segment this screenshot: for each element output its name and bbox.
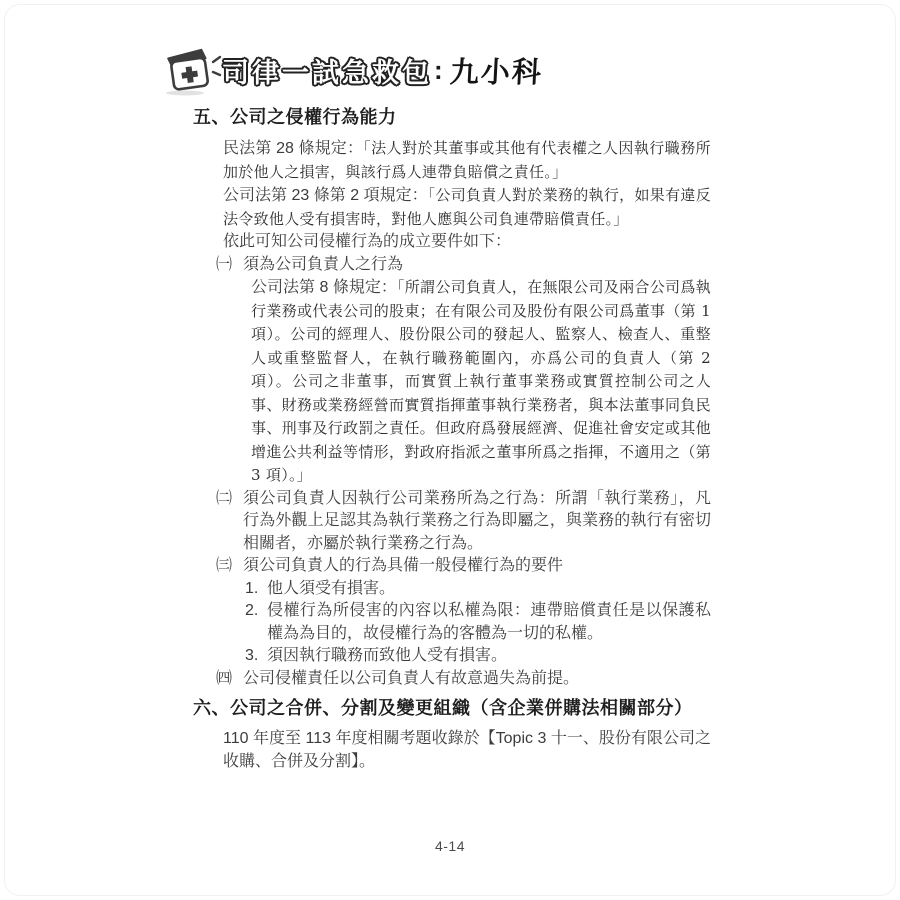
sparkle-lines-icon xyxy=(213,57,220,75)
section-five-body: 民法第 28 條規定：「法人對於其董事或其他有代表權之人因執行職務所加於他人之損… xyxy=(223,137,711,690)
section-six-body: 110 年度至 113 年度相關考題收錄於【Topic 3 十一、股份有限公司之… xyxy=(223,728,711,773)
sub-item-2-text: 侵權行為所侵害的內容以私權為限：連帶賠償責任是以保護私權為為目的，故侵權行為的客… xyxy=(267,600,711,645)
brand-title-solid: 九小科 xyxy=(449,50,544,91)
section-five-heading: 五、公司之侵權行為能力 xyxy=(193,106,718,128)
page-header: 司律一試急救包 : 九小科 xyxy=(160,42,543,98)
list-item-two-text: 須公司負責人因執行公司業務所為之行為：所謂「執行業務」，凡行為外觀上足認其為執行… xyxy=(243,488,711,556)
sub-item-3: 3. 須因執行職務而致他人受有損害。 xyxy=(245,645,711,668)
page-number: 4-14 xyxy=(435,838,465,854)
statute-paragraph-civil-code-28: 民法第 28 條規定：「法人對於其董事或其他有代表權之人因執行職務所加於他人之損… xyxy=(223,137,711,184)
list-item-one-title: 須為公司負責人之行為 xyxy=(243,254,711,277)
intro-requirements-line: 依此可知公司侵權行為的成立要件如下： xyxy=(223,231,711,254)
page-footer: 4-14 xyxy=(0,838,900,856)
list-item-three-marker: ㈢ xyxy=(216,555,242,578)
statute-quote: 「所謂公司負責人，在無限公司及兩合公司爲執行業務或代表公司的股東；在有限公司及股… xyxy=(251,278,711,484)
page-content: 五、公司之侵權行為能力 民法第 28 條規定：「法人對於其董事或其他有代表權之人… xyxy=(193,106,718,773)
sub-item-1-text: 他人須受有損害。 xyxy=(267,578,711,601)
statute-paragraph-company-act-8: 公司法第 8 條規定：「所謂公司負責人，在無限公司及兩合公司爲執行業務或代表公司… xyxy=(251,276,711,488)
list-item-one: ㈠ 須為公司負責人之行為 公司法第 8 條規定：「所謂公司負責人，在無限公司及兩… xyxy=(223,254,711,488)
sub-item-3-text: 須因執行職務而致他人受有損害。 xyxy=(267,645,711,668)
sub-item-2-marker: 2. xyxy=(245,600,265,623)
brand-title-colon: : xyxy=(434,55,446,86)
section-six: 六、公司之合併、分割及變更組織（含企業併購法相關部分） 110 年度至 113 … xyxy=(193,697,718,773)
brand-title: 司律一試急救包 : 九小科 xyxy=(222,50,543,91)
sub-item-2: 2. 侵權行為所侵害的內容以私權為限：連帶賠償責任是以保護私權為為目的，故侵權行… xyxy=(245,600,711,645)
list-item-two: ㈡ 須公司負責人因執行公司業務所為之行為：所謂「執行業務」，凡行為外觀上足認其為… xyxy=(223,488,711,556)
list-item-four-marker: ㈣ xyxy=(216,668,242,691)
list-item-two-marker: ㈡ xyxy=(216,488,242,511)
statute-lead: 民法第 28 條規定： xyxy=(223,140,363,157)
list-item-four: ㈣ 公司侵權責任以公司負責人有故意過失為前提。 xyxy=(223,668,711,691)
list-item-three: ㈢ 須公司負責人的行為具備一般侵權行為的要件 1. 他人須受有損害。 2. 侵權… xyxy=(223,555,711,668)
section-five: 五、公司之侵權行為能力 民法第 28 條規定：「法人對於其董事或其他有代表權之人… xyxy=(193,106,718,690)
section-six-paragraph: 110 年度至 113 年度相關考題收錄於【Topic 3 十一、股份有限公司之… xyxy=(223,728,711,773)
statute-paragraph-company-act-23: 公司法第 23 條第 2 項規定：「公司負責人對於業務的執行，如果有違反法令致他… xyxy=(223,184,711,231)
section-six-heading: 六、公司之合併、分割及變更組織（含企業併購法相關部分） xyxy=(193,697,718,719)
first-aid-kit-icon xyxy=(160,42,222,98)
list-item-three-title: 須公司負責人的行為具備一般侵權行為的要件 xyxy=(243,555,711,578)
list-item-one-marker: ㈠ xyxy=(216,254,242,277)
statute-lead: 公司法第 8 條規定： xyxy=(251,279,397,296)
brand-title-outlined: 司律一試急救包 xyxy=(222,51,432,90)
sub-item-1: 1. 他人須受有損害。 xyxy=(245,578,711,601)
sub-item-3-marker: 3. xyxy=(245,645,265,668)
sub-item-1-marker: 1. xyxy=(245,578,265,601)
list-item-four-text: 公司侵權責任以公司負責人有故意過失為前提。 xyxy=(243,668,711,691)
statute-lead: 公司法第 23 條第 2 項規定： xyxy=(223,187,428,204)
